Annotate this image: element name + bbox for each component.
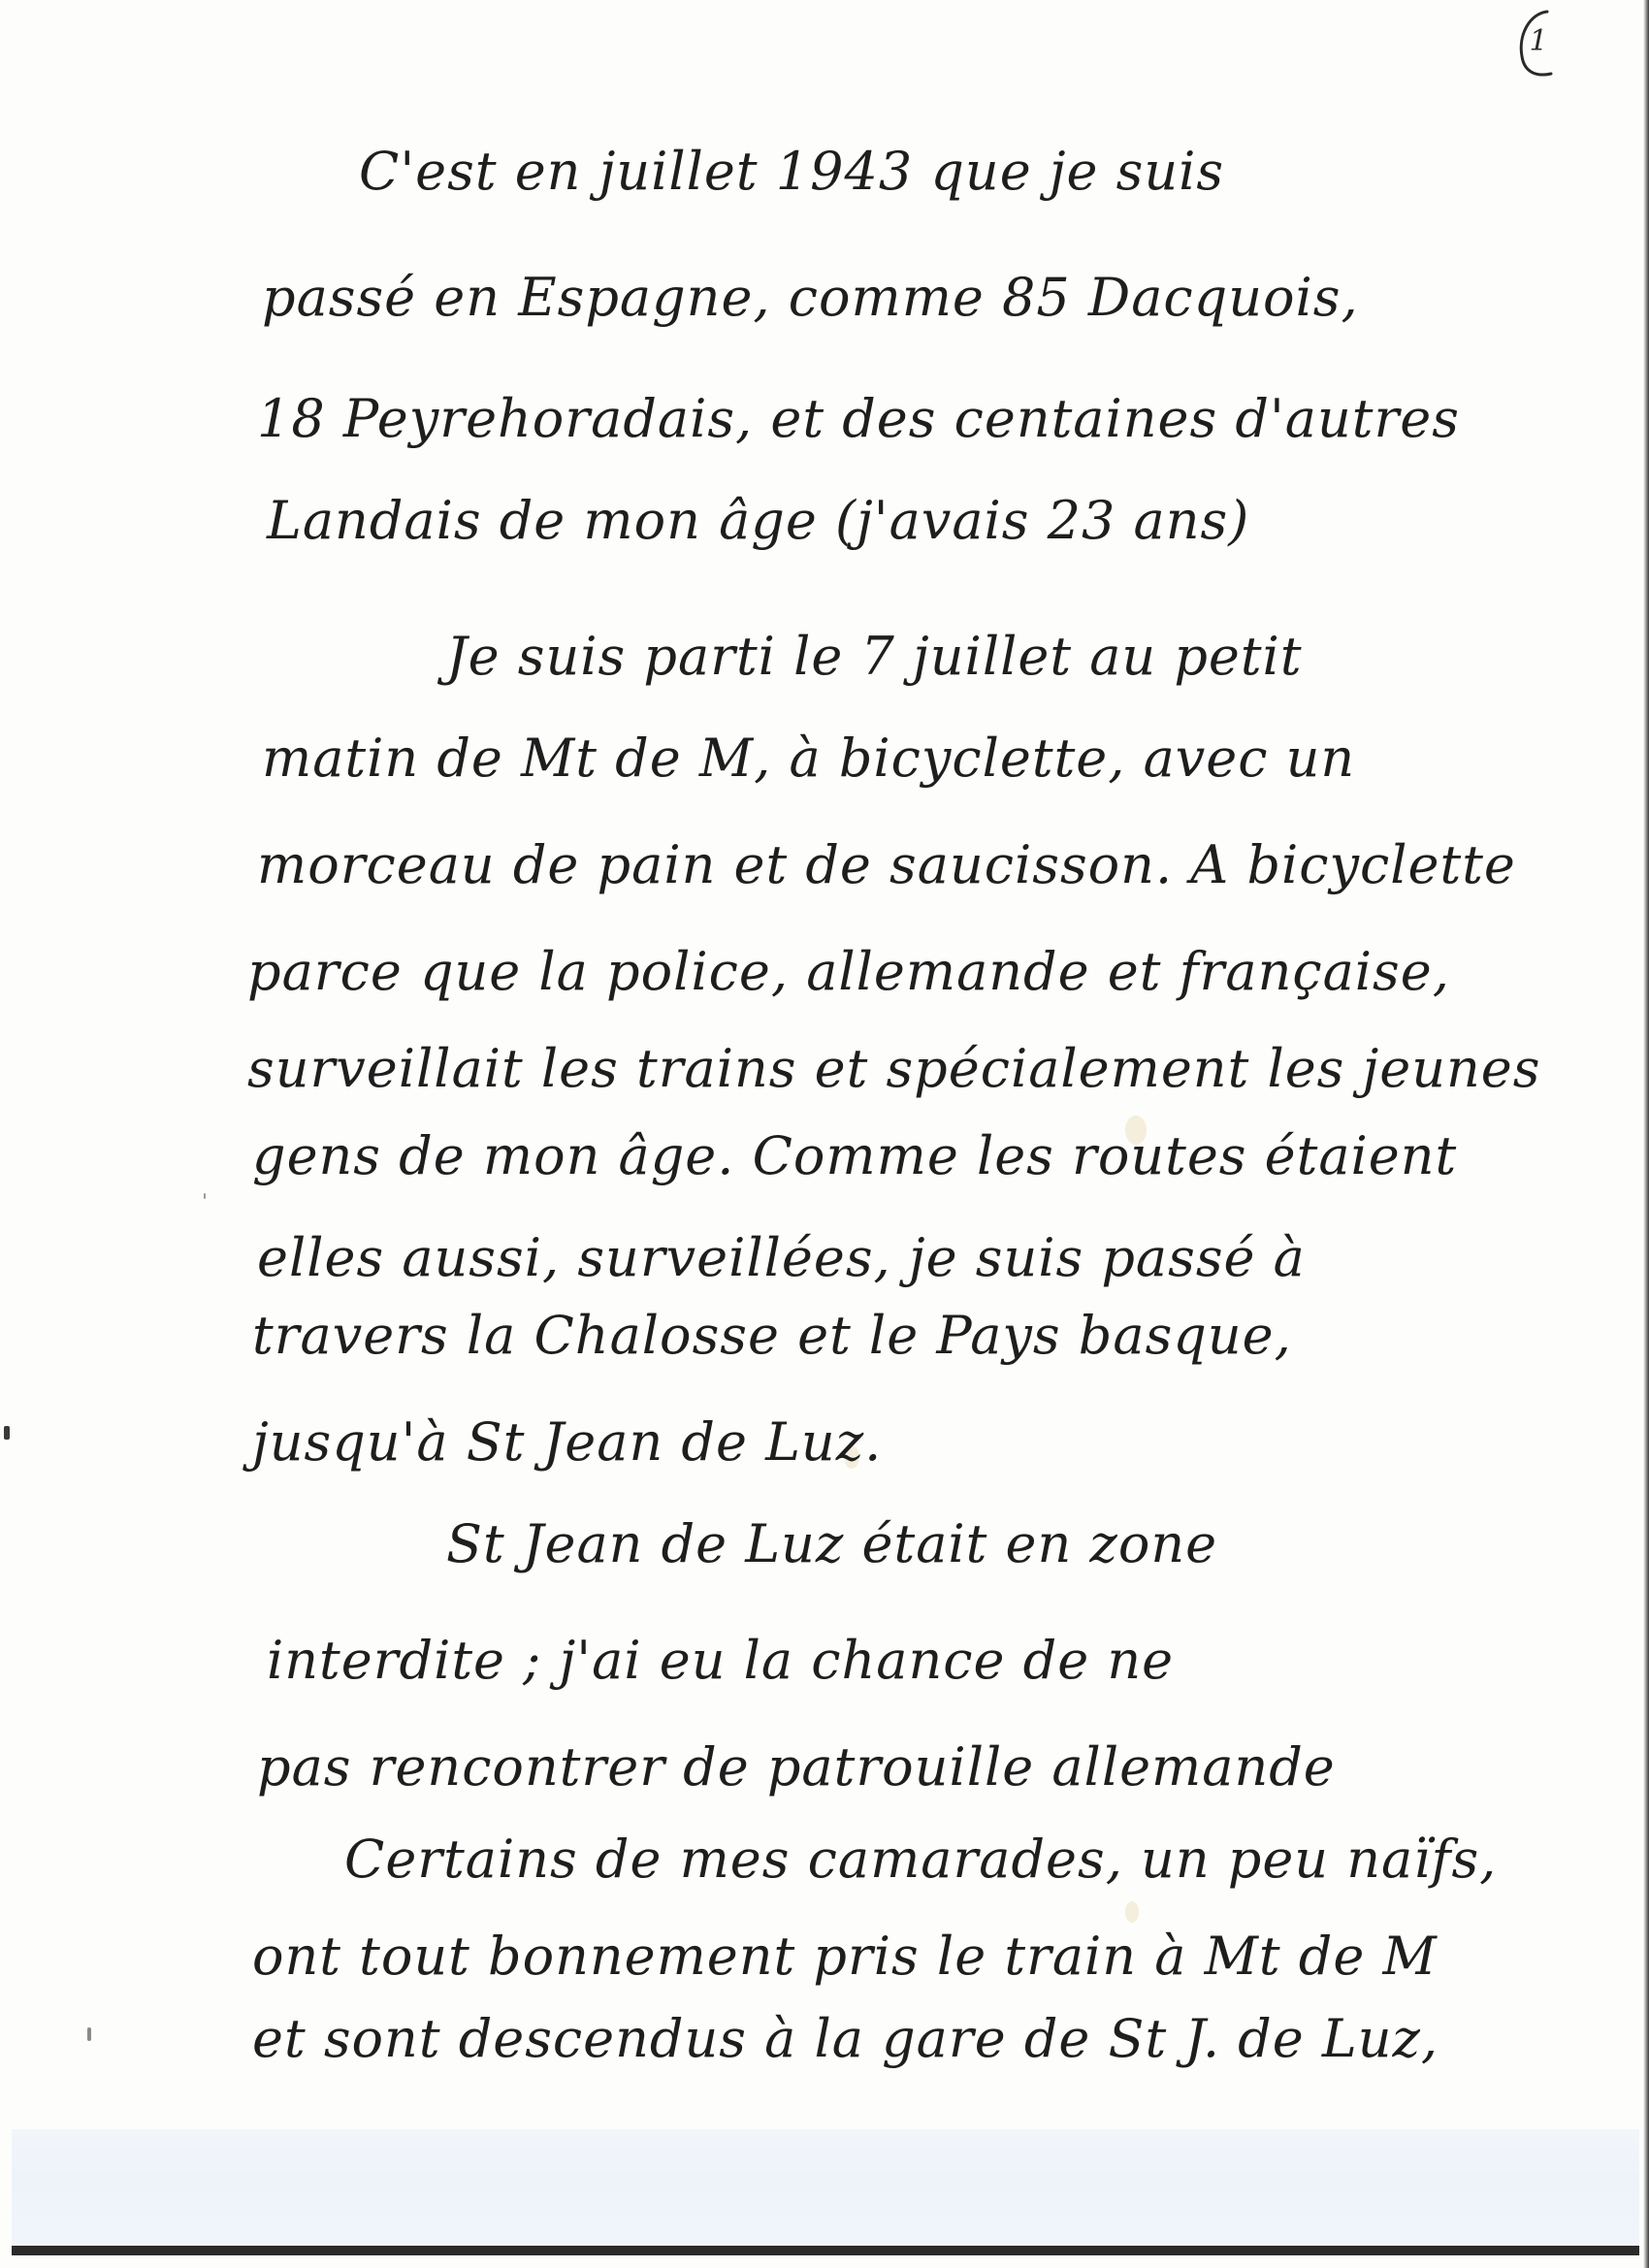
margin-mark	[87, 2027, 91, 2041]
text-line: et sont descendus à la gare de St J. de …	[252, 2008, 1439, 2069]
margin-mark	[204, 1193, 206, 1199]
text-line: travers la Chalosse et le Pays basque,	[252, 1305, 1292, 1366]
text-line: morceau de pain et de saucisson. A bicyc…	[257, 834, 1516, 895]
scanner-edge	[1643, 0, 1649, 2268]
text-line: surveillait les trains et spécialement l…	[247, 1038, 1540, 1099]
text-line: matin de Mt de M, à bicyclette, avec un	[262, 728, 1355, 789]
paper-stain	[1125, 1901, 1139, 1923]
text-line: elles aussi, surveillées, je suis passé …	[257, 1227, 1306, 1288]
text-line: gens de mon âge. Comme les routes étaien…	[252, 1125, 1457, 1186]
page-number: 1	[1508, 6, 1557, 83]
text-line: parce que la police, allemande et frança…	[247, 941, 1450, 1002]
text-line: ont tout bonnement pris le train à Mt de…	[252, 1926, 1438, 1987]
text-line: Certains de mes camarades, un peu naïfs,	[344, 1829, 1497, 1890]
text-line: interdite ; j'ai eu la chance de ne	[267, 1630, 1174, 1691]
text-line: jusqu'à St Jean de Luz.	[252, 1411, 882, 1473]
text-line: passé en Espagne, comme 85 Dacquois,	[262, 267, 1359, 328]
scanner-edge	[12, 2246, 1639, 2255]
scanner-bed-area	[12, 2129, 1639, 2255]
handwritten-page: 1 C'est en juillet 1943 que je suis pass…	[0, 0, 1649, 2268]
margin-mark	[4, 1426, 10, 1440]
text-line: St Jean de Luz était en zone	[446, 1513, 1217, 1574]
text-line: pas rencontrer de patrouille allemande	[257, 1736, 1336, 1798]
text-line: 18 Peyrehoradais, et des centaines d'aut…	[257, 388, 1460, 449]
text-line: Je suis parti le 7 juillet au petit	[446, 626, 1303, 687]
text-line: Landais de mon âge (j'avais 23 ans)	[267, 490, 1249, 551]
text-line: C'est en juillet 1943 que je suis	[359, 141, 1224, 202]
page-number-text: 1	[1529, 24, 1547, 58]
